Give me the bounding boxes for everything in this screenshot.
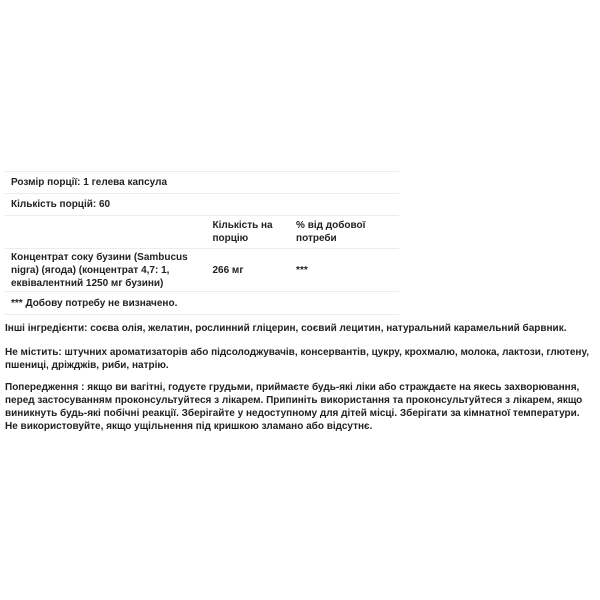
table-row: Концентрат соку бузини (Sambucus nigra) … xyxy=(5,249,399,292)
header-ingredient xyxy=(5,216,208,249)
warning: Попередження : якщо ви вагітні, годуєте … xyxy=(5,381,595,433)
serving-size: Розмір порції: 1 гелева капсула xyxy=(5,172,399,194)
header-amount: Кількість на порцію xyxy=(208,216,290,249)
footnote-row: *** Добову потребу не визначено. xyxy=(5,292,399,315)
serving-size-row: Розмір порції: 1 гелева капсула xyxy=(5,172,399,194)
ingredient-daily-value: *** xyxy=(290,249,399,292)
servings-per-container: Кількість порцій: 60 xyxy=(5,194,399,216)
ingredient-name: Концентрат соку бузини (Sambucus nigra) … xyxy=(5,249,208,292)
supplement-facts-table: Розмір порції: 1 гелева капсула Кількіст… xyxy=(5,171,399,315)
ingredient-amount: 266 мг xyxy=(208,249,290,292)
header-daily-value: % від добової потреби xyxy=(290,216,399,249)
footnote: *** Добову потребу не визначено. xyxy=(5,292,399,315)
free-from: Не містить: штучних ароматизаторів або п… xyxy=(5,346,595,372)
table-header-row: Кількість на порцію % від добової потреб… xyxy=(5,216,399,249)
other-ingredients: Інші інгредієнти: соєва олія, желатин, р… xyxy=(5,322,595,335)
servings-row: Кількість порцій: 60 xyxy=(5,194,399,216)
